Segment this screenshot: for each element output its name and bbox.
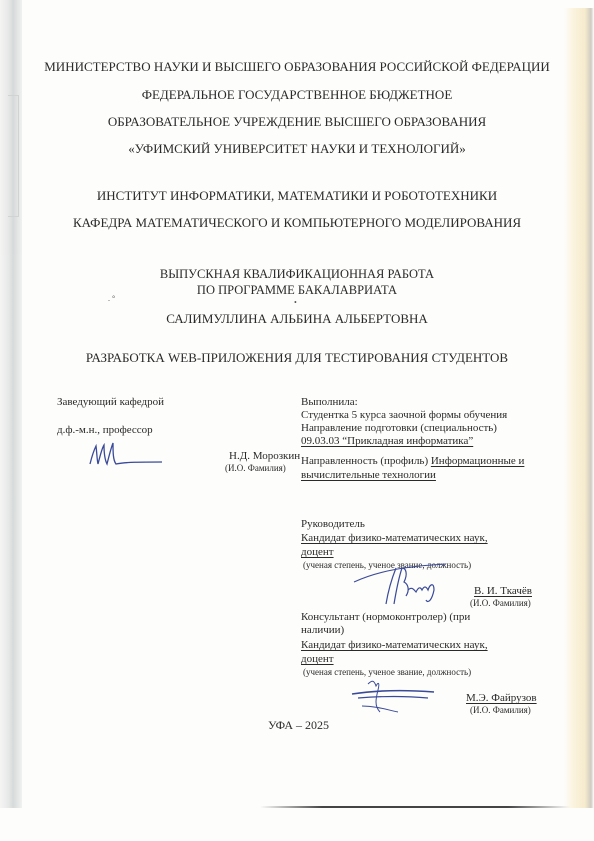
title-page: МИНИСТЕРСТВО НАУКИ И ВЫСШЕГО ОБРАЗОВАНИЯ… [0,0,594,841]
consultant-signature [348,676,438,716]
work-type-line2: ПО ПРОГРАММЕ БАКАЛАВРИАТА [0,283,594,298]
head-of-chair-degree: д.ф.-м.н., профессор [57,424,153,437]
consultant-name: М.Э. Файрузов [466,692,537,705]
city-year: УФА – 2025 [268,719,329,732]
author-name: САЛИМУЛЛИНА АЛЬБИНА АЛЬБЕРТОВНА [0,311,594,327]
institute-name: ИНСТИТУТ ИНФОРМАТИКИ, МАТЕМАТИКИ И РОБОТ… [0,188,594,204]
supervisor-label: Руководитель [301,518,365,531]
supervisor-name: В. И. Ткачёв [474,585,532,598]
profile-label: Направленность (профиль) [301,455,428,467]
work-type-line1: ВЫПУСКНАЯ КВАЛИФИКАЦИОННАЯ РАБОТА [0,267,594,282]
ministry-line: МИНИСТЕРСТВО НАУКИ И ВЫСШЕГО ОБРАЗОВАНИЯ… [0,59,594,75]
consultant-label-line2: наличии) [301,624,344,637]
direction-label: Направление подготовки (специальность) [301,422,497,435]
supervisor-name-caption: (И.О. Фамилия) [470,598,531,609]
profile-value-continued: вычислительные технологии [301,469,436,482]
profile-line: Направленность (профиль) Информационные … [301,455,524,468]
supervisor-degree-line1: Кандидат физико-математических наук, [301,532,488,545]
consultant-degree-line1: Кандидат физико-математических наук, [301,639,488,652]
head-of-chair-signature [86,440,166,470]
federal-line: ФЕДЕРАЛЬНОЕ ГОСУДАРСТВЕННОЕ БЮДЖЕТНОЕ [0,87,594,103]
consultant-degree-line2: доцент [301,653,334,666]
chair-name: КАФЕДРА МАТЕМАТИЧЕСКОГО И КОМПЬЮТЕРНОГО … [0,215,594,231]
institution-type-line: ОБРАЗОВАТЕЛЬНОЕ УЧРЕЖДЕНИЕ ВЫСШЕГО ОБРАЗ… [0,114,594,130]
supervisor-signature [350,560,450,610]
consultant-label-line1: Консультант (нормоконтролер) (при [301,611,470,624]
thesis-title: РАЗРАБОТКА WEB-ПРИЛОЖЕНИЯ ДЛЯ ТЕСТИРОВАН… [0,350,594,366]
direction-value: 09.03.03 “Прикладная информатика” [301,435,473,448]
consultant-name-caption: (И.О. Фамилия) [470,705,531,716]
head-of-chair-name: Н.Д. Морозкин [229,450,300,463]
supervisor-degree-line2: доцент [301,546,334,559]
profile-value: Информационные и [431,455,525,467]
head-of-chair-name-caption: (И.О. Фамилия) [225,463,286,474]
scan-bottom-shadow [260,806,570,808]
head-of-chair-role: Заведующий кафедрой [57,396,164,409]
university-name: «УФИМСКИЙ УНИВЕРСИТЕТ НАУКИ И ТЕХНОЛОГИЙ… [0,141,594,157]
student-label: Выполнила: [301,396,358,409]
student-course: Студентка 5 курса заочной формы обучения [301,409,507,422]
